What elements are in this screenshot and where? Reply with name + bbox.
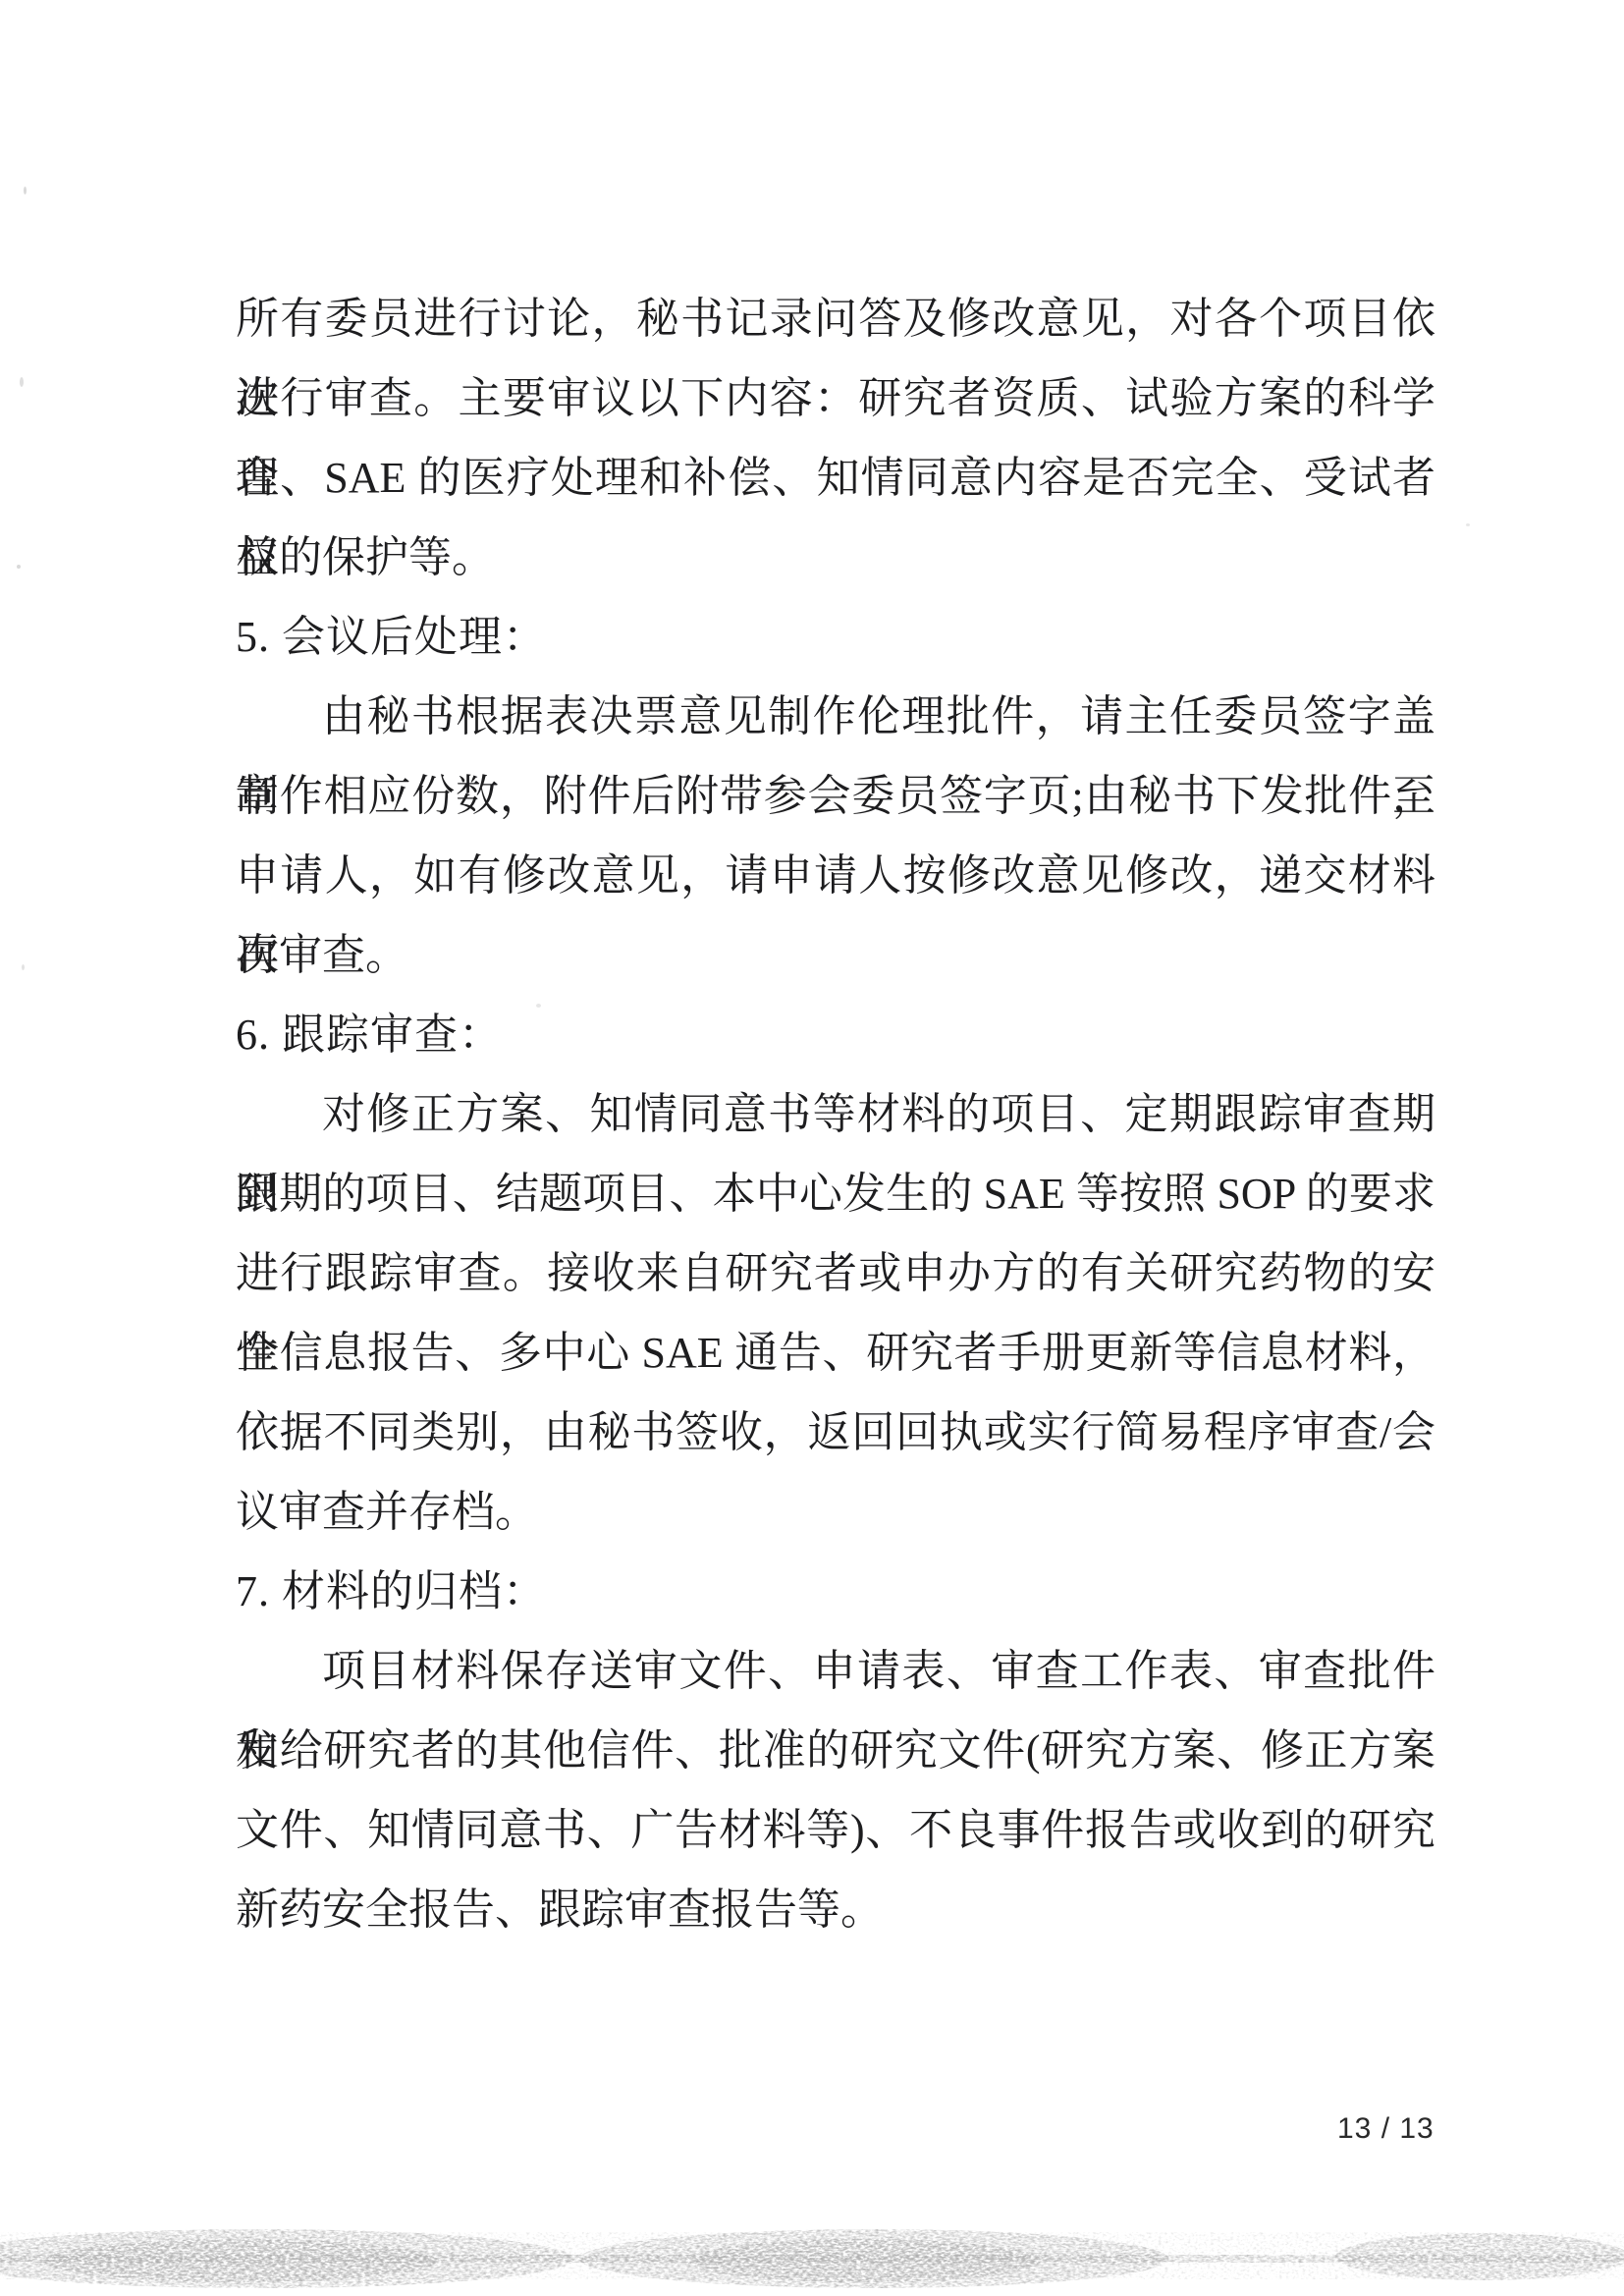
text-line: 依据不同类别，由秘书签收，返回回执或实行简易程序审查/会 bbox=[236, 1393, 1435, 1472]
text-line: 新药安全报告、跟踪审查报告等。 bbox=[236, 1870, 1435, 1949]
text-line: 进行跟踪审查。接收来自研究者或申办方的有关研究药物的安全 bbox=[236, 1233, 1435, 1313]
text-line: 议审查并存档。 bbox=[236, 1472, 1435, 1552]
scan-speck bbox=[22, 964, 25, 970]
text-line: 进行审查。主要审议以下内容：研究者资质、试验方案的科学合 bbox=[236, 358, 1435, 438]
text-line: 由秘书根据表决票意见制作伦理批件，请主任委员签字盖章， bbox=[236, 677, 1435, 756]
text-line: 发给研究者的其他信件、批准的研究文件(研究方案、修正方案 bbox=[236, 1711, 1435, 1790]
scan-speck bbox=[1466, 523, 1470, 526]
scanned-document-page: 所有委员进行讨论，秘书记录问答及修改意见，对各个项目依次 进行审查。主要审议以下… bbox=[0, 0, 1624, 2296]
section-heading-5: 5. 会议后处理： bbox=[236, 597, 1435, 677]
text-line: 制作相应份数，附件后附带参会委员签字页;由秘书下发批件至 bbox=[236, 756, 1435, 836]
text-line: 次审查。 bbox=[236, 915, 1435, 995]
section-heading-7: 7. 材料的归档： bbox=[236, 1552, 1435, 1631]
scan-noise-band bbox=[0, 2198, 1624, 2296]
text-line: 对修正方案、知情同意书等材料的项目、定期跟踪审查期限 bbox=[236, 1074, 1435, 1154]
text-line: 文件、知情同意书、广告材料等)、不良事件报告或收到的研究 bbox=[236, 1790, 1435, 1870]
scan-speck bbox=[536, 1004, 541, 1008]
scan-speck bbox=[20, 377, 24, 387]
section-heading-6: 6. 跟踪审查： bbox=[236, 995, 1435, 1074]
text-line: 申请人，如有修改意见，请申请人按修改意见修改，递交材料再 bbox=[236, 836, 1435, 915]
document-body-text: 所有委员进行讨论，秘书记录问答及修改意见，对各个项目依次 进行审查。主要审议以下… bbox=[236, 279, 1435, 1949]
text-line: 所有委员进行讨论，秘书记录问答及修改意见，对各个项目依次 bbox=[236, 279, 1435, 358]
text-line: 理、SAE 的医疗处理和补偿、知情同意内容是否完全、受试者权 bbox=[236, 438, 1435, 518]
text-line: 性信息报告、多中心 SAE 通告、研究者手册更新等信息材料， bbox=[236, 1313, 1435, 1393]
text-line: 项目材料保存送审文件、申请表、审查工作表、审查批件和 bbox=[236, 1631, 1435, 1711]
text-line: 到期的项目、结题项目、本中心发生的 SAE 等按照 SOP 的要求 bbox=[236, 1154, 1435, 1233]
text-line: 益的保护等。 bbox=[236, 518, 1435, 597]
scan-speck bbox=[24, 187, 27, 194]
scan-speck bbox=[17, 565, 21, 569]
page-number: 13 / 13 bbox=[1337, 2111, 1435, 2147]
